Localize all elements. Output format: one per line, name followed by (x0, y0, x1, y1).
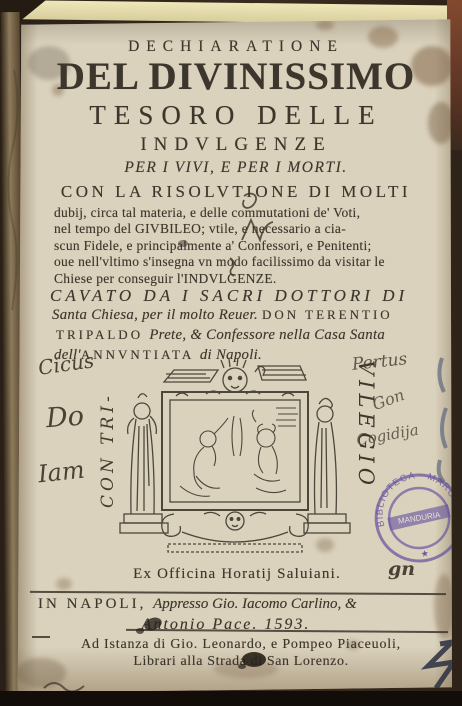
author-heading: CAVATO DA I SACRI DOTTORI DI (50, 286, 450, 306)
title-line-per-i-vivi: PER I VIVI, E PER I MORTI. (46, 159, 426, 177)
ink-smudge (238, 664, 246, 669)
gutter-show-through-writing (2, 60, 26, 320)
handwritten-word-left-2: Do (45, 401, 85, 435)
printer-device-woodcut (116, 356, 354, 556)
handwritten-word-left-3: Iam (37, 456, 86, 489)
title-line-tesoro-delle: TESORO DELLE (46, 100, 426, 131)
title-line-del-divinissimo: DEL DIVINISSIMO (28, 54, 444, 99)
stain (428, 102, 454, 144)
ink-zigzag-mark (412, 636, 462, 696)
istanza-line: Ad Istanza di Gio. Leonardo, e Pompeo Pi… (40, 637, 442, 653)
stain (316, 20, 334, 30)
author-line-3-italic: Prete, & Confessore nella Casa Santa (149, 327, 385, 343)
title-line-indvlgenze: INDVLGENZE (46, 134, 426, 156)
stamp-star-icon: ★ (420, 548, 430, 559)
printed-rule (30, 591, 446, 595)
stain (56, 578, 72, 590)
author-line-3: TRIPALDO Prete, & Confessore nella Casa … (56, 327, 454, 344)
author-line-3-caps: TRIPALDO (56, 327, 149, 342)
ink-flourish-marks (216, 188, 306, 278)
author-line-2-italic: Santa Chiesa, per il molto Reuer. (52, 307, 262, 323)
ink-smudge (136, 628, 144, 634)
book-photo: DECHIARATIONE DEL DIVINISSIMO TESORO DEL… (0, 0, 462, 706)
handwritten-word-right-1: Pertus (351, 349, 408, 375)
author-line-2-caps: DON TERENTIO (262, 307, 393, 322)
title-page: DECHIARATIONE DEL DIVINISSIMO TESORO DEL… (16, 18, 452, 694)
officina-line: Ex Officina Horatij Saluiani. (76, 566, 398, 583)
napoli-rest: Appresso Gio. Iacomo Carlino, & (153, 596, 357, 612)
ink-transfer-marks (416, 348, 452, 498)
handwritten-vertical-left: CON TRI- (98, 358, 118, 508)
handwritten-word-left-1: Cicus (37, 348, 96, 380)
ink-smudge (178, 240, 188, 247)
napoli-caps: IN NAPOLI, (38, 596, 153, 612)
photo-bottom-shadow (0, 691, 462, 706)
author-line-2: Santa Chiesa, per il molto Reuer. DON TE… (52, 307, 450, 324)
napoli-line: IN NAPOLI, Appresso Gio. Iacomo Carlino,… (38, 596, 446, 613)
